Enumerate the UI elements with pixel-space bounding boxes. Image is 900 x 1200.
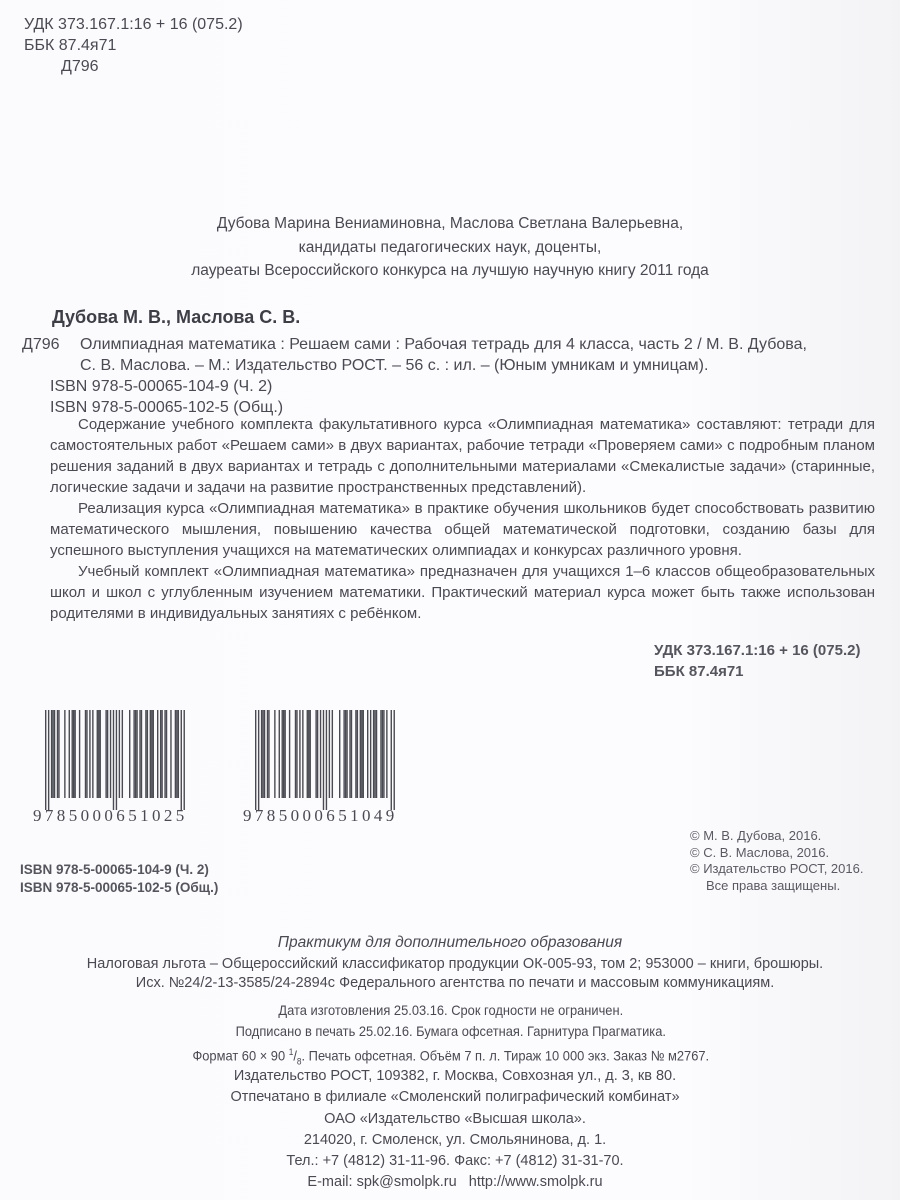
publisher-info: Издательство РОСТ, 109382, г. Москва, Со… — [0, 1066, 900, 1194]
barcode-bars — [45, 710, 185, 810]
bibliography-line: С. В. Маслова. – М.: Издательство РОСТ. … — [22, 355, 882, 376]
authors-info-line: кандидаты педагогических наук, доценты, — [0, 236, 900, 260]
tax-info: Налоговая льгота – Общероссийский класси… — [0, 955, 900, 993]
print-info: Дата изготовления 25.03.16. Срок годност… — [37, 1000, 865, 1072]
isbn-line: ISBN 978-5-00065-104-9 (Ч. 2) — [20, 861, 218, 879]
author-code: Д796 — [24, 56, 243, 77]
publisher-line: Тел.: +7 (4812) 31-11-96. Факс: +7 (4812… — [10, 1151, 900, 1172]
classification-top: УДК 373.167.1:16 + 16 (075.2) ББК 87.4я7… — [24, 14, 243, 77]
practicum-label: Практикум для дополнительного образовани… — [0, 933, 900, 953]
classification-right: УДК 373.167.1:16 + 16 (075.2) ББК 87.4я7… — [654, 640, 860, 682]
bbk-code: ББК 87.4я71 — [24, 35, 243, 56]
tax-line: Исх. №24/2-13-3585/24-2894с Федерального… — [10, 974, 900, 993]
abstract-paragraph: Учебный комплект «Олимпиадная математика… — [50, 561, 875, 624]
copyright-line: © С. В. Маслова, 2016. — [690, 845, 863, 862]
print-info-line: Дата изготовления 25.03.16. Срок годност… — [37, 1000, 865, 1021]
barcode: 9785000651025 — [33, 710, 185, 820]
publisher-line: 214020, г. Смоленск, ул. Смольянинова, д… — [10, 1130, 900, 1151]
publisher-line: ОАО «Издательство «Высшая школа». — [10, 1109, 900, 1130]
udk-code: УДК 373.167.1:16 + 16 (075.2) — [24, 14, 243, 35]
udk-code: УДК 373.167.1:16 + 16 (075.2) — [654, 640, 860, 661]
bbk-code: ББК 87.4я71 — [654, 661, 860, 682]
isbn-block: ISBN 978-5-00065-104-9 (Ч. 2) ISBN 978-5… — [20, 861, 218, 897]
bibliography-entry: Д796 Олимпиадная математика : Решаем сам… — [22, 334, 882, 418]
publisher-line: Отпечатано в филиале «Смоленский полигра… — [10, 1087, 900, 1108]
fraction-numerator: 1 — [289, 1047, 294, 1057]
barcode-bars — [255, 710, 395, 810]
isbn-line: ISBN 978-5-00065-102-5 (Общ.) — [20, 879, 218, 897]
authors-info-line: Дубова Марина Вениаминовна, Маслова Свет… — [0, 212, 900, 236]
publisher-email: E-mail: spk@smolpk.ru http://www.smolpk.… — [10, 1172, 900, 1193]
print-info-line: Подписано в печать 25.02.16. Бумага офсе… — [37, 1021, 865, 1042]
print-details: . Печать офсетная. Объём 7 п. л. Тираж 1… — [302, 1048, 710, 1064]
format-label: Формат 60 × 90 — [192, 1048, 288, 1064]
publisher-line: Издательство РОСТ, 109382, г. Москва, Со… — [10, 1066, 900, 1087]
abstract-paragraph: Реализация курса «Олимпиадная математика… — [50, 498, 875, 561]
abstract-paragraph: Содержание учебного комплекта факультати… — [50, 414, 875, 498]
author-heading: Дубова М. В., Маслова С. В. — [52, 307, 300, 328]
bibliography-line: Олимпиадная математика : Решаем сами : Р… — [22, 334, 882, 355]
copyright-line: © М. В. Дубова, 2016. — [690, 828, 863, 845]
tax-line: Налоговая льгота – Общероссийский класси… — [10, 955, 900, 974]
rights-reserved: Все права защищены. — [690, 878, 863, 895]
copyright-line: © Издательство РОСТ, 2016. — [690, 861, 863, 878]
barcode: 9785000651049 — [243, 710, 395, 820]
abstract: Содержание учебного комплекта факультати… — [50, 414, 875, 624]
barcode-digits: 9785000651025 — [33, 806, 188, 826]
practicum-text: Практикум для дополнительного образовани… — [278, 934, 622, 951]
authors-info-line: лауреаты Всероссийского конкурса на лучш… — [0, 259, 900, 283]
copyright-block: © М. В. Дубова, 2016. © С. В. Маслова, 2… — [690, 828, 863, 894]
authors-info: Дубова Марина Вениаминовна, Маслова Свет… — [0, 212, 900, 283]
bibliography-code: Д796 — [22, 334, 60, 355]
isbn-part: ISBN 978-5-00065-104-9 (Ч. 2) — [22, 376, 882, 397]
barcode-digits: 9785000651049 — [243, 806, 398, 826]
